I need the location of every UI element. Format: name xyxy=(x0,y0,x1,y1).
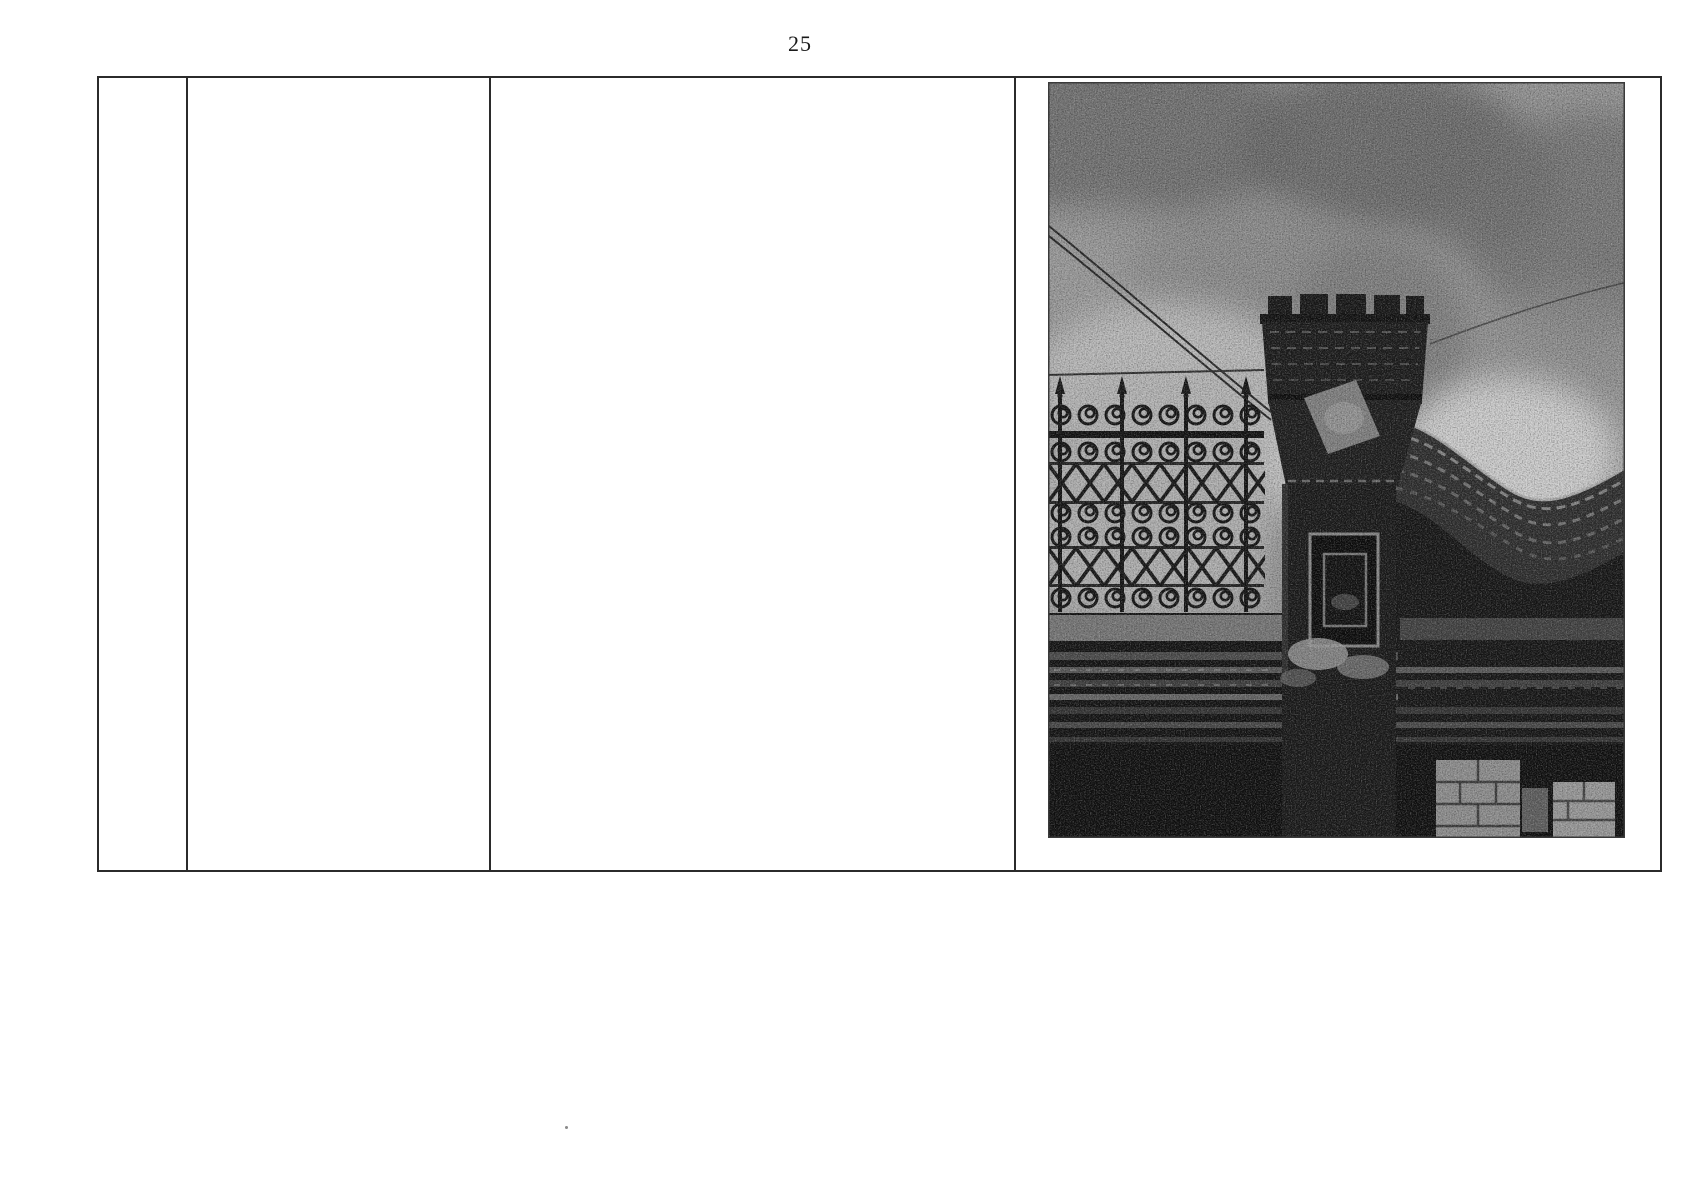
document-table xyxy=(97,76,1662,872)
table-cell-4 xyxy=(1014,78,1660,870)
film-grain xyxy=(1048,82,1625,838)
architectural-photo xyxy=(1048,82,1625,838)
page-number: 25 xyxy=(0,31,1600,57)
table-cell-2 xyxy=(186,78,489,870)
scan-speck xyxy=(565,1126,568,1129)
table-cell-3 xyxy=(489,78,1014,870)
table-cell-1 xyxy=(99,78,186,870)
